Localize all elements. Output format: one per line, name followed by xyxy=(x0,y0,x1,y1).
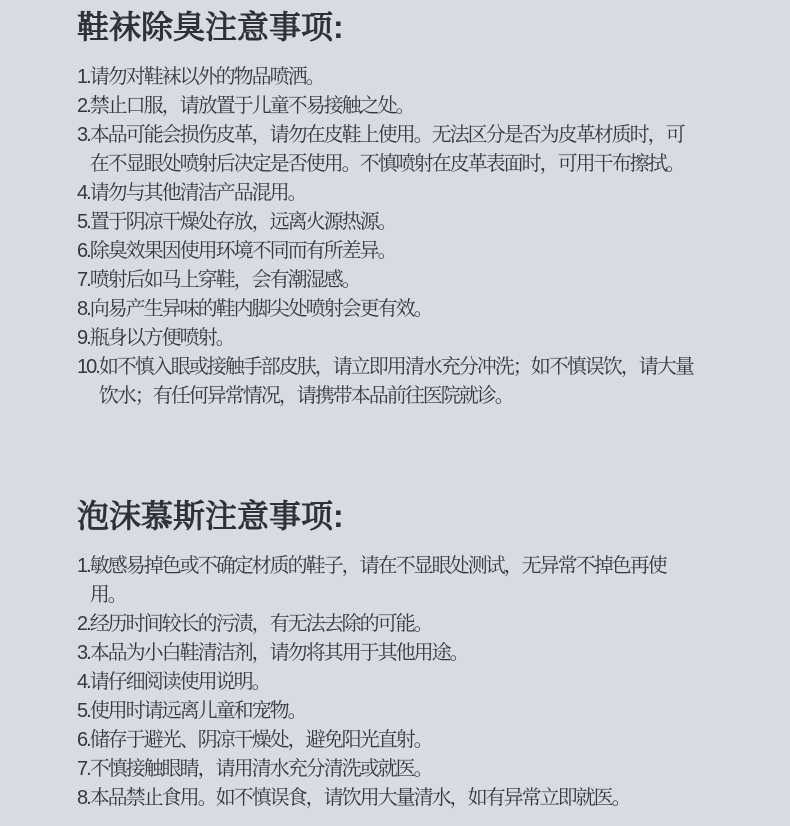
item-text: 经历时间较长的污渍，有无法去除的可能。 xyxy=(90,610,700,639)
product-notice-page: 鞋袜除臭注意事项: 1. 请勿对鞋袜以外的物品喷洒。 2. 禁止口服，请放置于儿… xyxy=(0,0,790,826)
list-item: 3. 本品可能会损伤皮革，请勿在皮鞋上使用。无法区分是否为皮革材质时，可在不显眼… xyxy=(77,121,700,179)
item-text: 不慎接触眼睛，请用清水充分清洗或就医。 xyxy=(90,755,700,784)
notice-list-shoe-sock-deodorant: 1. 请勿对鞋袜以外的物品喷洒。 2. 禁止口服，请放置于儿童不易接触之处。 3… xyxy=(77,63,700,411)
item-number: 5. xyxy=(77,697,90,726)
list-item: 6. 储存于避光、阴凉干燥处，避免阳光直射。 xyxy=(77,726,700,755)
item-text: 请勿对鞋袜以外的物品喷洒。 xyxy=(90,63,700,92)
item-text: 请仔细阅读使用说明。 xyxy=(90,668,700,697)
list-item: 5. 置于阴凉干燥处存放，远离火源热源。 xyxy=(77,208,700,237)
section-foam-mousse: 泡沫慕斯注意事项: 1. 敏感易掉色或不确定材质的鞋子，请在不显眼处测试，无异常… xyxy=(77,495,700,813)
list-item: 7. 不慎接触眼睛，请用清水充分清洗或就医。 xyxy=(77,755,700,784)
item-text: 瓶身以方便喷射。 xyxy=(90,324,700,353)
list-item: 4. 请勿与其他清洁产品混用。 xyxy=(77,179,700,208)
item-number: 3. xyxy=(77,639,90,668)
item-number: 5. xyxy=(77,208,90,237)
item-text: 本品可能会损伤皮革，请勿在皮鞋上使用。无法区分是否为皮革材质时，可在不显眼处喷射… xyxy=(90,121,700,179)
item-number: 4. xyxy=(77,668,90,697)
item-text: 喷射后如马上穿鞋，会有潮湿感。 xyxy=(90,266,700,295)
item-number: 2. xyxy=(77,610,90,639)
item-text: 请勿与其他清洁产品混用。 xyxy=(90,179,700,208)
list-item: 8. 向易产生异味的鞋内脚尖处喷射会更有效。 xyxy=(77,295,700,324)
item-number: 9. xyxy=(77,324,90,353)
list-item: 5. 使用时请远离儿童和宠物。 xyxy=(77,697,700,726)
item-text: 置于阴凉干燥处存放，远离火源热源。 xyxy=(90,208,700,237)
item-text: 敏感易掉色或不确定材质的鞋子，请在不显眼处测试，无异常不掉色再使用。 xyxy=(90,552,700,610)
item-text: 储存于避光、阴凉干燥处，避免阳光直射。 xyxy=(90,726,700,755)
item-number: 8. xyxy=(77,784,90,813)
item-text: 禁止口服，请放置于儿童不易接触之处。 xyxy=(90,92,700,121)
item-text: 如不慎入眼或接触手部皮肤，请立即用清水充分冲洗；如不慎误饮，请大量饮水；有任何异… xyxy=(99,353,700,411)
list-item: 1. 敏感易掉色或不确定材质的鞋子，请在不显眼处测试，无异常不掉色再使用。 xyxy=(77,552,700,610)
list-item: 6. 除臭效果因使用环境不同而有所差异。 xyxy=(77,237,700,266)
item-number: 8. xyxy=(77,295,90,324)
list-item: 7. 喷射后如马上穿鞋，会有潮湿感。 xyxy=(77,266,700,295)
list-item: 8. 本品禁止食用。如不慎误食，请饮用大量清水，如有异常立即就医。 xyxy=(77,784,700,813)
item-number: 3. xyxy=(77,121,90,150)
item-text: 本品为小白鞋清洁剂，请勿将其用于其他用途。 xyxy=(90,639,700,668)
item-number: 1. xyxy=(77,552,90,581)
item-number: 7. xyxy=(77,266,90,295)
item-text: 使用时请远离儿童和宠物。 xyxy=(90,697,700,726)
section-shoe-sock-deodorant: 鞋袜除臭注意事项: 1. 请勿对鞋袜以外的物品喷洒。 2. 禁止口服，请放置于儿… xyxy=(77,6,700,411)
list-item: 9. 瓶身以方便喷射。 xyxy=(77,324,700,353)
item-text: 向易产生异味的鞋内脚尖处喷射会更有效。 xyxy=(90,295,700,324)
list-item: 3. 本品为小白鞋清洁剂，请勿将其用于其他用途。 xyxy=(77,639,700,668)
section-title-foam-mousse: 泡沫慕斯注意事项: xyxy=(77,495,700,537)
item-text: 除臭效果因使用环境不同而有所差异。 xyxy=(90,237,700,266)
item-text: 本品禁止食用。如不慎误食，请饮用大量清水，如有异常立即就医。 xyxy=(90,784,700,813)
list-item: 4. 请仔细阅读使用说明。 xyxy=(77,668,700,697)
list-item: 2. 禁止口服，请放置于儿童不易接触之处。 xyxy=(77,92,700,121)
item-number: 2. xyxy=(77,92,90,121)
item-number: 6. xyxy=(77,726,90,755)
item-number: 10. xyxy=(77,353,99,382)
item-number: 1. xyxy=(77,63,90,92)
section-title-shoe-sock-deodorant: 鞋袜除臭注意事项: xyxy=(77,6,700,48)
item-number: 4. xyxy=(77,179,90,208)
notice-list-foam-mousse: 1. 敏感易掉色或不确定材质的鞋子，请在不显眼处测试，无异常不掉色再使用。 2.… xyxy=(77,552,700,813)
list-item: 2. 经历时间较长的污渍，有无法去除的可能。 xyxy=(77,610,700,639)
list-item: 10. 如不慎入眼或接触手部皮肤，请立即用清水充分冲洗；如不慎误饮，请大量饮水；… xyxy=(77,353,700,411)
item-number: 6. xyxy=(77,237,90,266)
list-item: 1. 请勿对鞋袜以外的物品喷洒。 xyxy=(77,63,700,92)
item-number: 7. xyxy=(77,755,90,784)
